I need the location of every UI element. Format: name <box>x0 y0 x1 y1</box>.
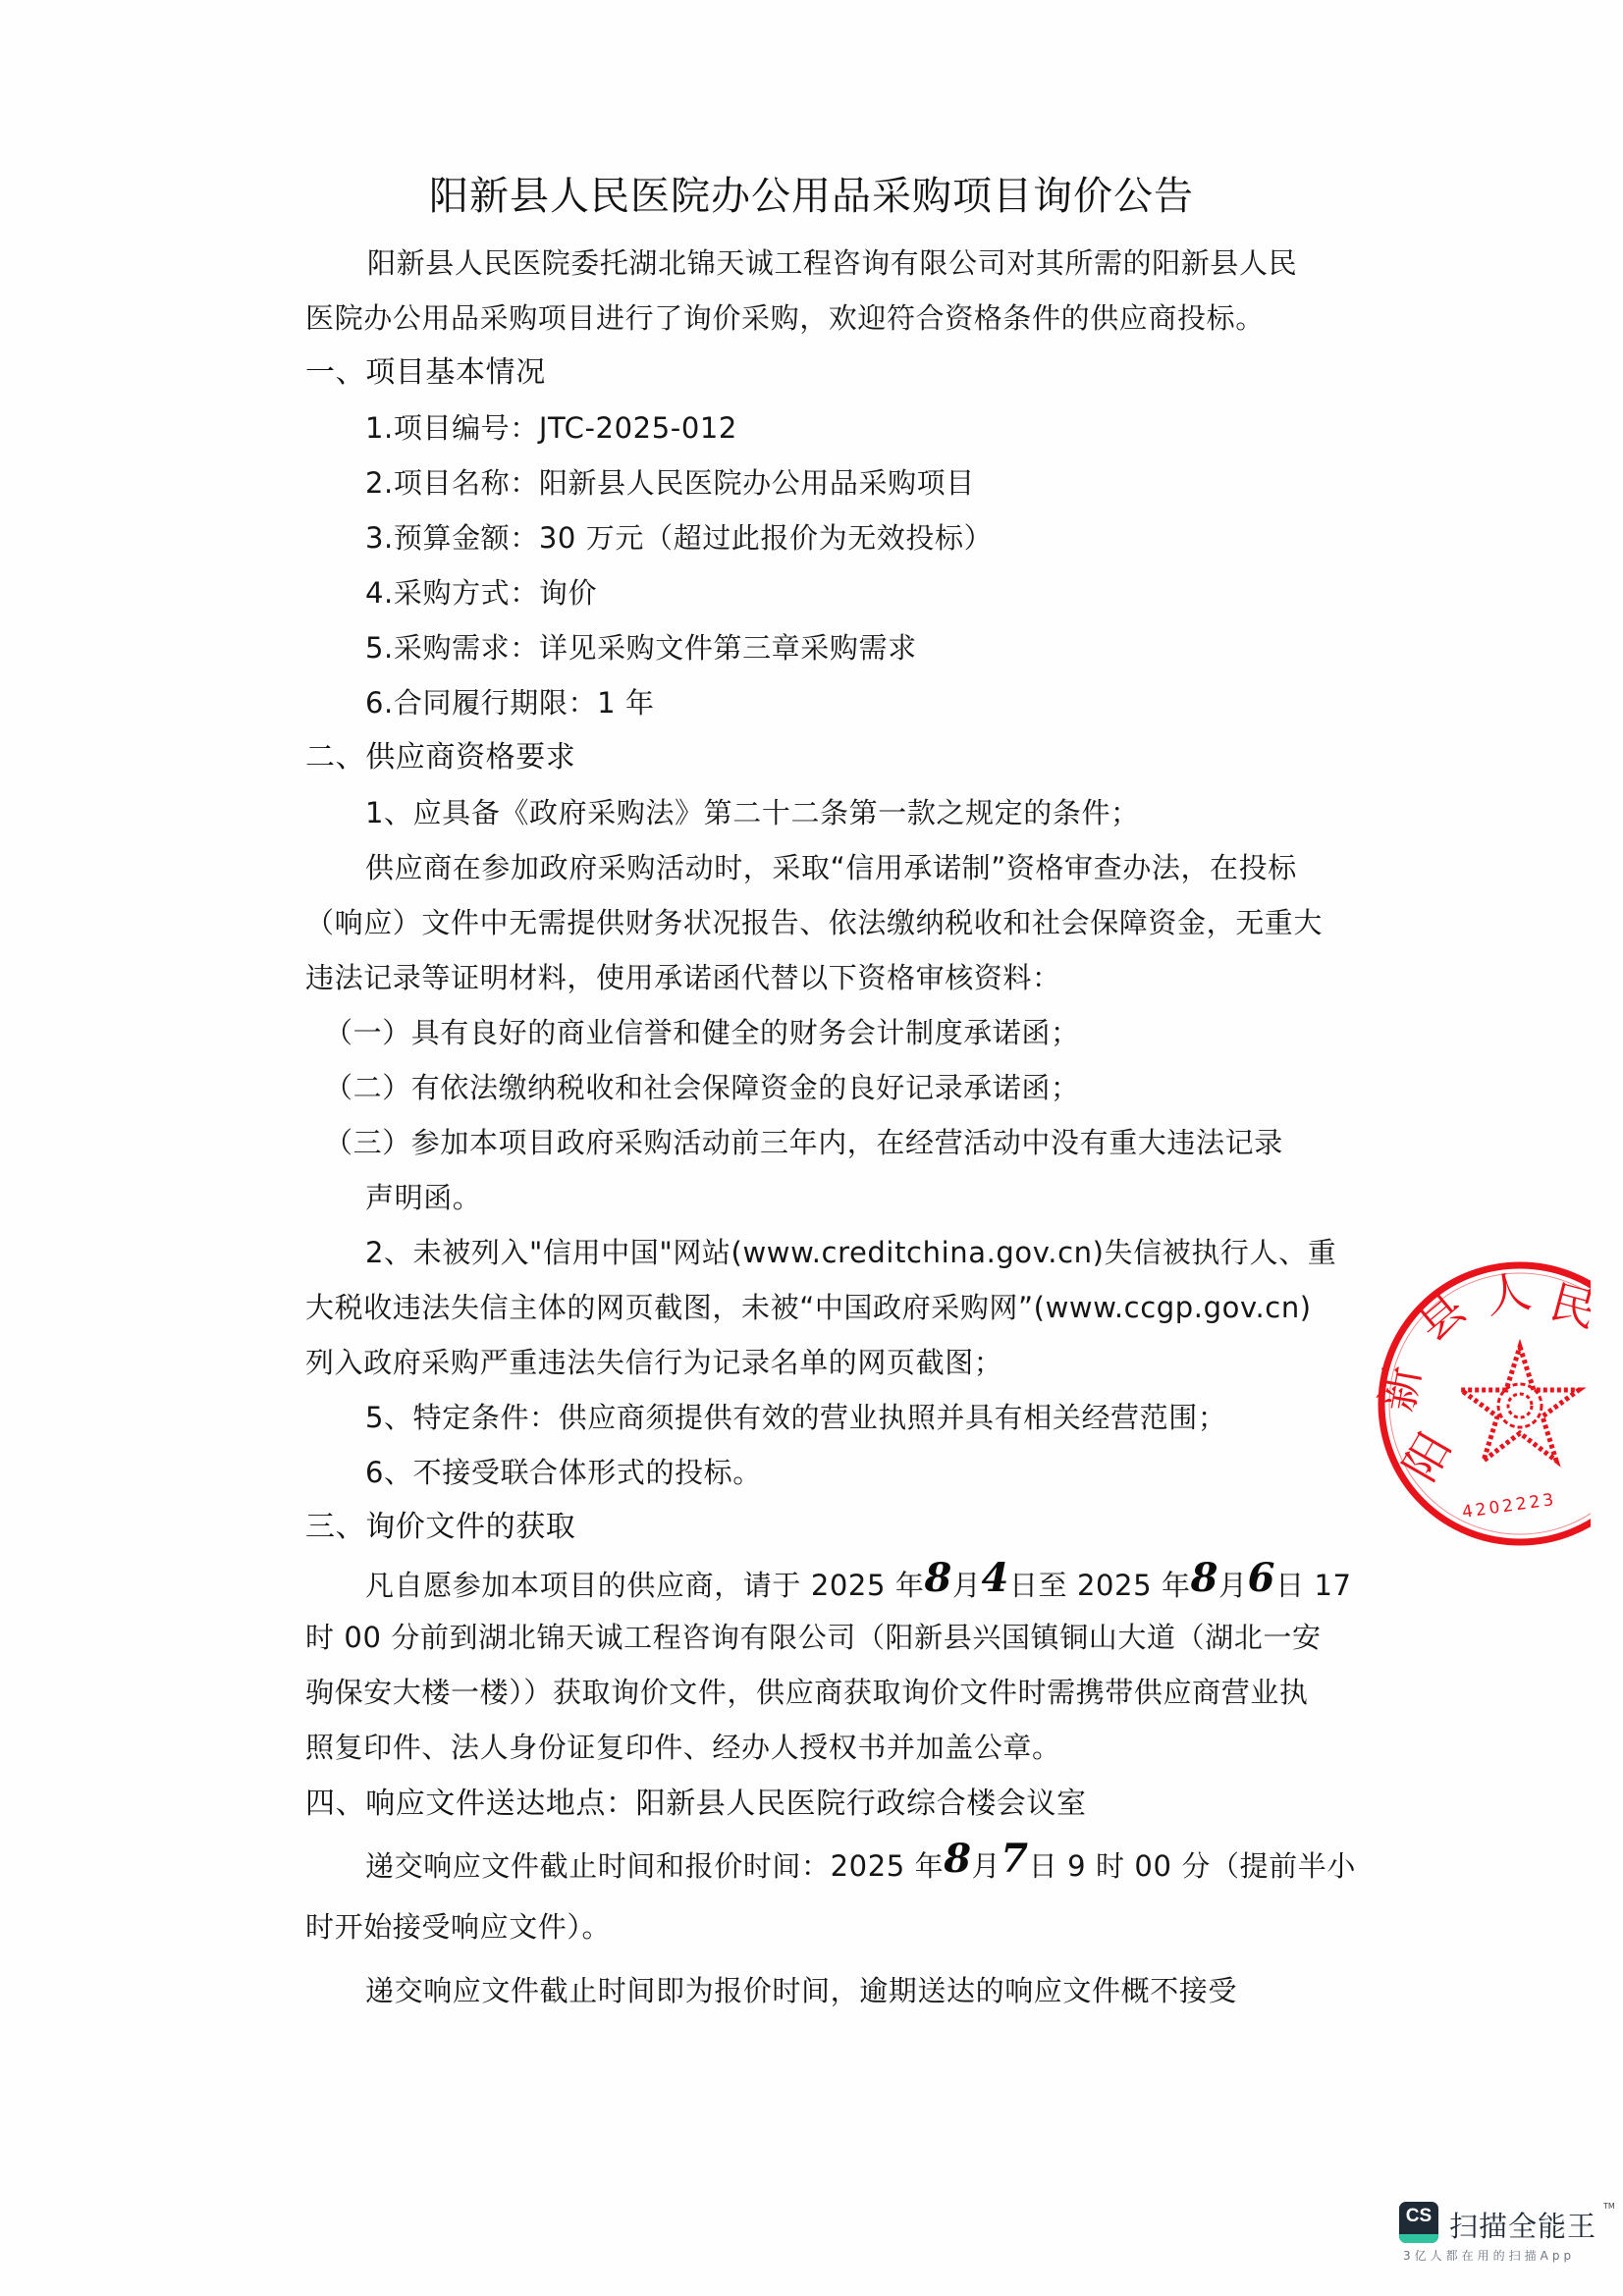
watermark-tagline: 3亿人都在用的扫描App <box>1403 2247 1575 2264</box>
acquisition-text-e: 日 17 <box>1275 1569 1352 1602</box>
deadline-text-b: 月 <box>972 1849 1001 1883</box>
acquisition-text-c: 日至 2025 年 <box>1009 1569 1191 1602</box>
camscanner-watermark: CS 扫描全能王 TM 3亿人都在用的扫描App <box>1399 2202 1623 2261</box>
seal-code: 4202223 <box>1461 1490 1558 1522</box>
handwritten-day-end: 6 <box>1248 1561 1275 1596</box>
handwritten-month-end: 8 <box>1191 1561 1218 1596</box>
seal-char-5: 民 <box>1544 1274 1601 1337</box>
document-title: 阳新县人民医院办公用品采购项目询价公告 <box>0 165 1623 221</box>
commitment-1: （一）具有良好的商业信誉和健全的财务会计制度承诺函； <box>324 1015 1080 1050</box>
handwritten-month-start: 8 <box>924 1561 951 1596</box>
handwritten-day-start: 4 <box>982 1561 1009 1596</box>
watermark-app-name: 扫描全能王 <box>1449 2205 1596 2245</box>
official-seal-stamp: 阳 新 县 人 民 4202223 <box>1373 1256 1623 1551</box>
commitment-3: （三）参加本项目政府采购活动前三年内，在经营活动中没有重大违法记录 <box>324 1125 1283 1160</box>
acquisition-line-1: 凡自愿参加本项目的供应商，请于 2025 年8月4日至 2025 年8月6日 1… <box>365 1565 1352 1603</box>
credit-paragraph-line-2: （响应）文件中无需提供财务状况报告、依法缴纳税收和社会保障资金，无重大 <box>305 905 1323 940</box>
acquisition-line-2: 时 00 分前到湖北锦天诚工程咨询有限公司（阳新县兴国镇铜山大道（湖北一安 <box>305 1620 1322 1655</box>
commitment-2: （二）有依法缴纳税收和社会保障资金的良好记录承诺函； <box>324 1070 1080 1105</box>
procurement-method: 4.采购方式：询价 <box>365 575 597 611</box>
intro-line-2: 医院办公用品采购项目进行了询价采购，欢迎符合资格条件的供应商投标。 <box>305 300 1265 336</box>
trademark-symbol: TM <box>1603 2202 1615 2211</box>
credit-paragraph-line-1: 供应商在参加政府采购活动时，采取“信用承诺制”资格审查办法，在投标 <box>365 850 1297 885</box>
seal-icon: 阳 新 县 人 民 4202223 <box>1373 1256 1623 1551</box>
requirement-2-line-1: 2、未被列入"信用中国"网站(www.creditchina.gov.cn)失信… <box>365 1235 1336 1270</box>
deadline-text-c: 日 9 时 00 分（提前半小 <box>1029 1849 1356 1883</box>
acquisition-text-a: 凡自愿参加本项目的供应商，请于 2025 年 <box>365 1569 924 1602</box>
requirement-1: 1、应具备《政府采购法》第二十二条第一款之规定的条件； <box>365 795 1140 830</box>
acquisition-line-4: 照复印件、法人身份证复印件、经办人授权书并加盖公章。 <box>305 1730 1061 1765</box>
deadline-line-2: 时开始接受响应文件）。 <box>305 1909 611 1945</box>
handwritten-deadline-day: 7 <box>1001 1842 1028 1877</box>
section-4-heading: 四、响应文件送达地点：阳新县人民医院行政综合楼会议室 <box>305 1787 1087 1822</box>
commitment-3-continued: 声明函。 <box>365 1180 481 1215</box>
handwritten-deadline-month: 8 <box>944 1842 971 1877</box>
requirement-2-line-3: 列入政府采购严重违法失信行为记录名单的网页截图； <box>305 1345 1002 1380</box>
acquisition-text-b: 月 <box>952 1569 982 1602</box>
seal-char-4: 人 <box>1482 1264 1536 1324</box>
requirement-6: 6、不接受联合体形式的投标。 <box>365 1455 762 1490</box>
seal-char-2: 新 <box>1373 1362 1431 1415</box>
section-1-heading: 一、项目基本情况 <box>305 355 546 391</box>
section-2-heading: 二、供应商资格要求 <box>305 740 575 775</box>
project-number: 1.项目编号：JTC-2025-012 <box>365 410 737 446</box>
section-3-heading: 三、询价文件的获取 <box>305 1510 575 1545</box>
seal-char-3: 县 <box>1406 1281 1475 1351</box>
camscanner-logo-icon: CS <box>1399 2202 1438 2243</box>
late-submission-note: 递交响应文件截止时间即为报价时间，逾期送达的响应文件概不接受 <box>365 1973 1237 2008</box>
requirement-2-line-2: 大税收违法失信主体的网页截图，未被“中国政府采购网”(www.ccgp.gov.… <box>305 1290 1312 1325</box>
deadline-text-a: 递交响应文件截止时间和报价时间：2025 年 <box>365 1849 944 1883</box>
acquisition-text-d: 月 <box>1218 1569 1248 1602</box>
contract-period: 6.合同履行期限：1 年 <box>365 685 655 721</box>
logo-accent-bar <box>1399 2234 1438 2243</box>
acquisition-line-3: 驹保安大楼一楼））获取询价文件，供应商获取询价文件时需携带供应商营业执 <box>305 1675 1309 1710</box>
requirement-5: 5、特定条件：供应商须提供有效的营业执照并具有相关经营范围； <box>365 1400 1226 1435</box>
logo-badge-text: CS <box>1399 2206 1438 2227</box>
procurement-requirement: 5.采购需求：详见采购文件第三章采购需求 <box>365 630 917 666</box>
project-name: 2.项目名称：阳新县人民医院办公用品采购项目 <box>365 465 975 501</box>
credit-paragraph-line-3: 违法记录等证明材料，使用承诺函代替以下资格审核资料： <box>305 960 1061 995</box>
scanned-document-page: 阳新县人民医院办公用品采购项目询价公告 阳新县人民医院委托湖北锦天诚工程咨询有限… <box>0 0 1623 2296</box>
deadline-line-1: 递交响应文件截止时间和报价时间：2025 年8月7日 9 时 00 分（提前半小 <box>365 1845 1356 1884</box>
intro-line-1: 阳新县人民医院委托湖北锦天诚工程咨询有限公司对其所需的阳新县人民 <box>367 245 1297 281</box>
project-budget: 3.预算金额：30 万元（超过此报价为无效投标） <box>365 520 993 556</box>
